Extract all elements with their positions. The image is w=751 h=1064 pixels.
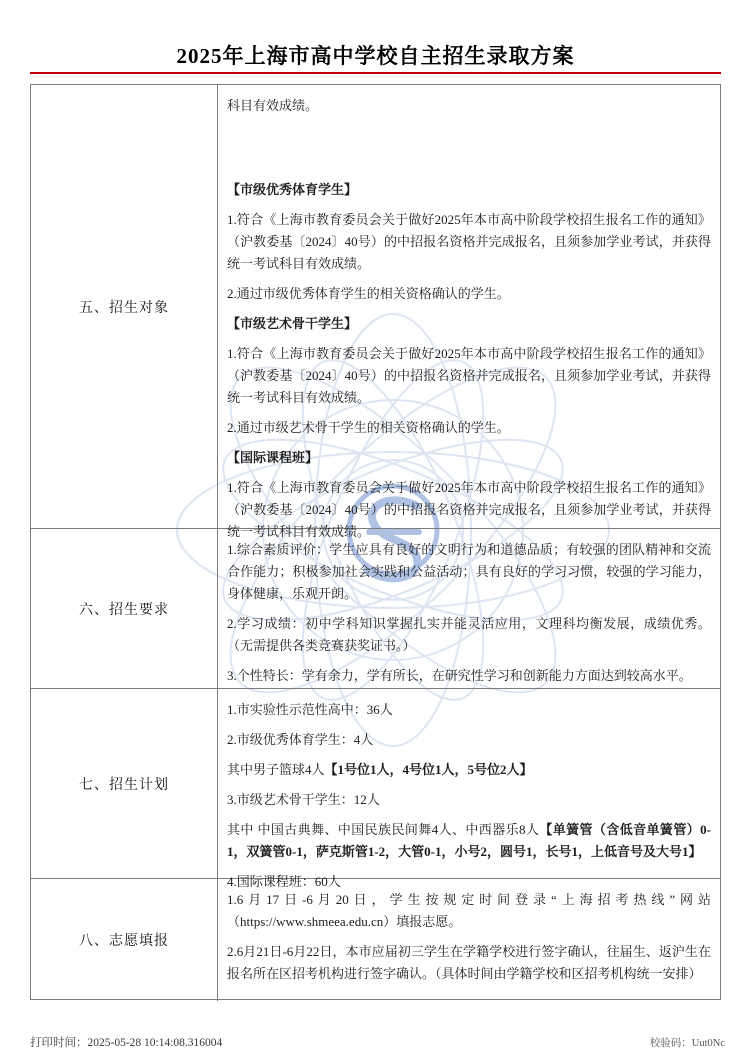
paragraph: 1.符合《上海市教育委员会关于做好2025年本市高中阶段学校招生报名工作的通知》… bbox=[227, 343, 711, 409]
verification-code-value: Uut0Nc bbox=[692, 1038, 725, 1049]
paragraph: 2.学习成绩：初中学科知识掌握扎实并能灵活应用，文理科均衡发展，成绩优秀。（无需… bbox=[227, 613, 711, 657]
page-title: 2025年上海市高中学校自主招生录取方案 bbox=[0, 40, 751, 70]
document-table: 五、招生对象 科目有效成绩。 【市级优秀体育学生】 1.符合《上海市教育委员会关… bbox=[30, 84, 721, 1000]
document-page: 2025年上海市高中学校自主招生录取方案 五、招生对象 科目有效成绩。 【市级优… bbox=[0, 0, 751, 1064]
paragraph: 1.市实验性示范性高中：36人 bbox=[227, 699, 711, 721]
section-header-sports: 【市级优秀体育学生】 bbox=[227, 179, 711, 201]
cell-requirements: 1.综合素质评价：学生应具有良好的文明行为和道德品质；有较强的团队精神和交流合作… bbox=[218, 529, 720, 689]
print-time-label: 打印时间： bbox=[30, 1037, 88, 1049]
title-underline bbox=[30, 72, 721, 74]
paragraph: 1.6月17日-6月20日，学生按规定时间登录“上海招考热线”网站（https:… bbox=[227, 889, 711, 933]
paragraph: 2.市级优秀体育学生：4人 bbox=[227, 729, 711, 751]
paragraph: 1.综合素质评价：学生应具有良好的文明行为和道德品质；有较强的团队精神和交流合作… bbox=[227, 539, 711, 605]
print-time-value: 2025-05-28 10:14:08.316004 bbox=[88, 1037, 223, 1049]
paragraph-continuation: 科目有效成绩。 bbox=[227, 95, 711, 117]
paragraph: 1.符合《上海市教育委员会关于做好2025年本市高中阶段学校招生报名工作的通知》… bbox=[227, 209, 711, 275]
row-header-plan: 七、招生计划 bbox=[31, 689, 218, 879]
paragraph: 2.通过市级优秀体育学生的相关资格确认的学生。 bbox=[227, 283, 711, 305]
print-time: 打印时间：2025-05-28 10:14:08.316004 bbox=[30, 1034, 222, 1050]
row-header-application: 八、志愿填报 bbox=[31, 879, 218, 1001]
row-header-label: 六、招生要求 bbox=[79, 599, 169, 619]
row-header-requirements: 六、招生要求 bbox=[31, 529, 218, 689]
plan-arts-prefix: 其中 中国古典舞、中国民族民间舞4人、中西器乐8人 bbox=[227, 822, 539, 837]
verification-code-label: 校验码： bbox=[650, 1038, 692, 1049]
cell-application: 1.6月17日-6月20日，学生按规定时间登录“上海招考热线”网站（https:… bbox=[218, 879, 720, 1001]
paragraph: 其中男子篮球4人【1号位1人，4号位1人，5号位2人】 bbox=[227, 759, 711, 781]
blank-spacer bbox=[227, 125, 711, 179]
paragraph: 2.通过市级艺术骨干学生的相关资格确认的学生。 bbox=[227, 417, 711, 439]
section-header-intl: 【国际课程班】 bbox=[227, 447, 711, 469]
row-header-label: 八、志愿填报 bbox=[79, 930, 169, 950]
section-header-arts: 【市级艺术骨干学生】 bbox=[227, 313, 711, 335]
paragraph: 其中 中国古典舞、中国民族民间舞4人、中西器乐8人【单簧管（含低音单簧管）0-1… bbox=[227, 819, 711, 863]
paragraph: 2.6月21日-6月22日，本市应届初三学生在学籍学校进行签字确认，往届生、返沪… bbox=[227, 941, 711, 985]
cell-enrollment-targets: 科目有效成绩。 【市级优秀体育学生】 1.符合《上海市教育委员会关于做好2025… bbox=[218, 85, 720, 529]
plan-basketball-detail: 【1号位1人，4号位1人，5号位2人】 bbox=[325, 762, 533, 777]
row-header-label: 五、招生对象 bbox=[79, 297, 169, 317]
cell-plan: 1.市实验性示范性高中：36人 2.市级优秀体育学生：4人 其中男子篮球4人【1… bbox=[218, 689, 720, 879]
row-header-enrollment-targets: 五、招生对象 bbox=[31, 85, 218, 529]
verification-code: 校验码：Uut0Nc bbox=[650, 1035, 725, 1050]
paragraph: 3.个性特长：学有余力，学有所长，在研究性学习和创新能力方面达到较高水平。 bbox=[227, 665, 711, 687]
plan-basketball-prefix: 其中男子篮球4人 bbox=[227, 762, 325, 777]
paragraph: 3.市级艺术骨干学生：12人 bbox=[227, 789, 711, 811]
row-header-label: 七、招生计划 bbox=[79, 774, 169, 794]
